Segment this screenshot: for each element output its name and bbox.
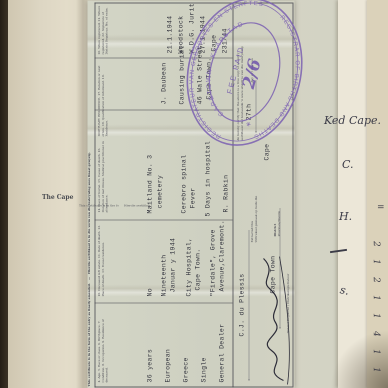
entry-death-date-2: Januar y 1944 <box>171 238 178 293</box>
entry-death-place-1: City Hospital, <box>187 238 194 297</box>
photo-scene: This certificate is in the form of the e… <box>0 0 388 388</box>
handwritten-edge-mark: = <box>377 203 385 213</box>
column-headings-2-text: 10. Deceased left estate. 11. Date of de… <box>98 217 106 297</box>
entry-estate: No <box>148 288 155 296</box>
margin-mark: 1 <box>371 313 382 329</box>
register-header-strip: The Cape This certificate is in the form… <box>42 194 152 207</box>
table-left-border <box>95 387 293 388</box>
entry-race: European <box>166 349 173 383</box>
entry-reg-place: Woodstock <box>179 16 186 54</box>
column-headings-5: 20. When registered. 21. Where registere… <box>98 5 158 55</box>
column-headings-4-text: MORTUARY RESIDENCE. 17. Relation or next… <box>98 65 109 137</box>
district-label: District Provinsie/Distrik <box>274 153 286 237</box>
signoff-label-en: District Registrar <box>287 307 291 334</box>
column-headings-2: 10. Deceased left estate. 11. Date of de… <box>98 217 142 297</box>
district-label-af: Provinsie/Distrik <box>277 153 281 237</box>
edge-note-en: This certificate is in the form of the e… <box>88 283 92 386</box>
entry-death-date-1: Nineteenth <box>162 254 169 296</box>
column-headings-4: MORTUARY RESIDENCE. 17. Relation or next… <box>98 65 142 137</box>
entry-reg-date: 21.1.1944 <box>168 16 175 54</box>
stamp-amount: 2/6 <box>239 57 266 92</box>
entry-burial-2: cemetery <box>158 175 165 209</box>
entry-death-place-2: Cape Town. <box>196 248 203 290</box>
signoff-label-af: Distriksregistrateur <box>287 274 291 304</box>
entry-occupation: General Dealer <box>220 324 227 383</box>
margin-mark: 1 <box>371 259 382 275</box>
margin-mark: 1 <box>371 295 382 311</box>
book-spine-edge <box>0 0 8 388</box>
column-headings-1-text: 4. Age. 5. Race or class. 6. Birthplace.… <box>98 305 109 383</box>
column-rule <box>95 303 233 304</box>
column-headings-1: 4. Age. 5. Race or class. 6. Birthplace.… <box>98 305 142 383</box>
register-header-region: The Cape <box>42 194 73 201</box>
edge-note-af: Hierdie sertifikaat is in die vorm van d… <box>88 152 92 274</box>
entry-residence-1: "Firdale", Grove <box>211 229 218 296</box>
handwritten-note-h: H. <box>339 210 352 223</box>
margin-mark: 4 <box>371 331 382 347</box>
entry-duration: 5 Days in hospital <box>206 141 213 217</box>
entry-birthplace: Greece <box>184 357 191 382</box>
stamp-asterisk: * <box>246 121 257 128</box>
handwritten-note-c: C. <box>342 158 354 171</box>
column-headings-5-text: 20. When registered. 21. Where registere… <box>98 5 109 55</box>
certifier-name: C.J. du Plessis <box>240 273 247 336</box>
register-header-note-en: This certificate is in the form of the e… <box>79 204 119 207</box>
name-line <box>249 231 250 381</box>
entry-age: 36 years <box>148 349 155 383</box>
signoff-label: District Registrar / Distriksregistrateu… <box>287 234 295 334</box>
margin-mark: 2 <box>371 241 382 257</box>
margin-tally-column: 2 1 2 1 1 4 1 1 <box>368 244 384 388</box>
margin-mark: 2 <box>371 277 382 293</box>
entry-practitioner: R. Rabkin <box>224 175 231 213</box>
margin-mark: 1 <box>371 349 382 365</box>
entry-residence-2: Avenue,Claremont. <box>220 220 227 291</box>
register-header-note-af: Hierdie sertifikaat is in die vorm van d… <box>124 204 150 207</box>
margin-mark: 1 <box>371 367 382 383</box>
entry-cause-1: Cerebro spinal <box>182 155 189 214</box>
entry-informant: J. Daubean <box>162 62 169 104</box>
entry-cause-2: Fever <box>191 187 198 208</box>
handwritten-note-cape: Ked Cape. <box>324 114 381 127</box>
entry-condition: Single <box>202 357 209 382</box>
